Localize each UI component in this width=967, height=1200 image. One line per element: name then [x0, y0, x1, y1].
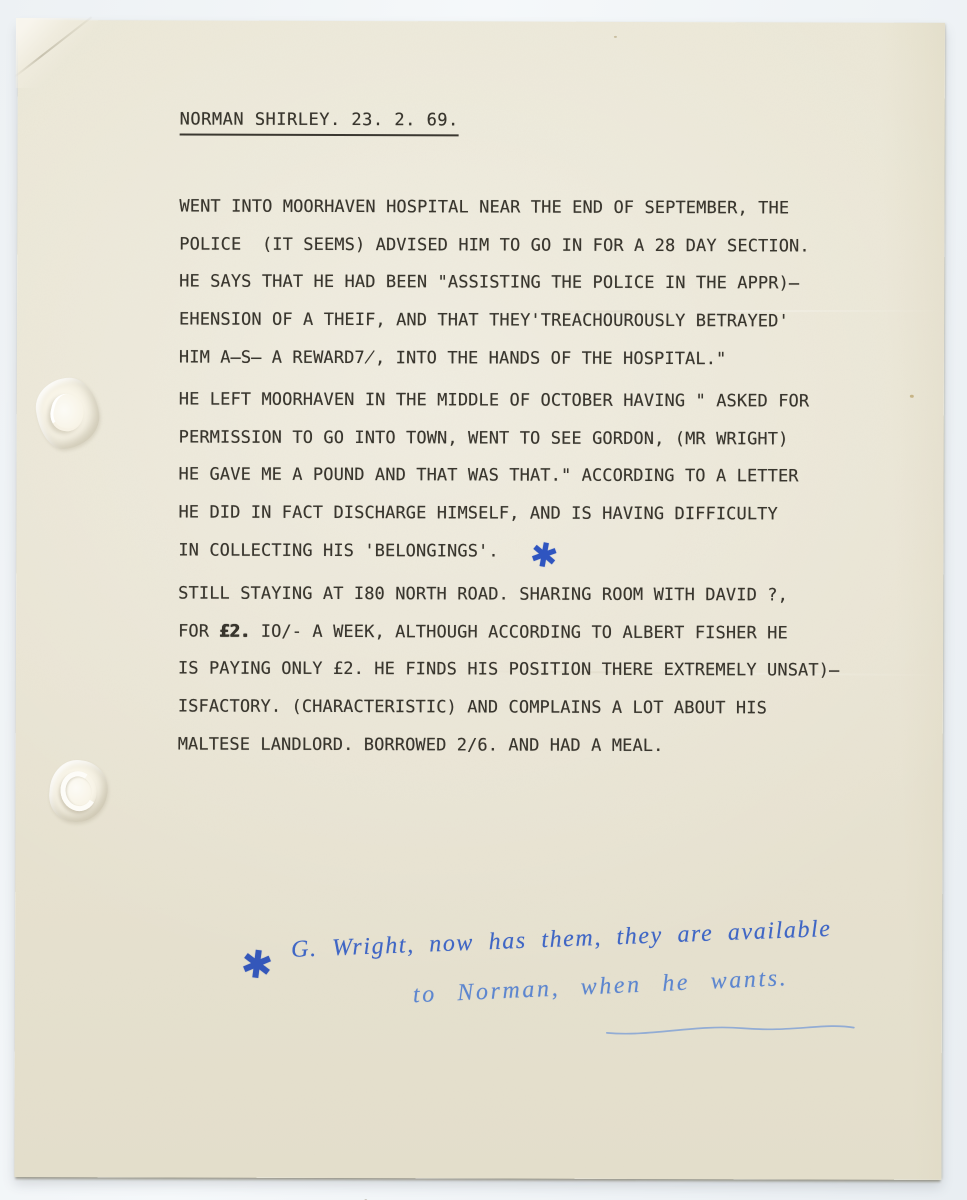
typed-line: EHENSION OF A THEIF, AND THAT THEY'TREAC…: [179, 302, 810, 342]
handwritten-note-line-1: G. Wright, now has them, they are availa…: [291, 916, 832, 964]
document-page: NORMAN SHIRLEY. 23. 2. 69. WENT INTO MOO…: [14, 20, 945, 1180]
typed-paragraph-1: WENT INTO MOORHAVEN HOSPITAL NEAR THE EN…: [179, 189, 810, 379]
paper-damage-spot-bottom: [47, 758, 110, 825]
typed-line: POLICE (IT SEEMS) ADVISED HIM TO GO IN F…: [179, 226, 810, 266]
typed-line: MALTESE LANDLORD. BORROWED 2/6. AND HAD …: [178, 726, 839, 766]
page-corner-fold: [16, 18, 111, 88]
typed-line: HE GAVE ME A POUND AND THAT WAS THAT." A…: [179, 457, 810, 497]
typed-line: HIM A̶S̶ A REWARD7̸, INTO THE HANDS OF T…: [179, 339, 810, 379]
typed-line: HE SAYS THAT HE HAD BEEN "ASSISTING THE …: [179, 264, 810, 304]
handwritten-note-line-2: to Norman, when he wants.: [412, 965, 789, 1009]
typed-line: IS PAYING ONLY £2. HE FINDS HIS POSITION…: [178, 651, 839, 691]
handwritten-note-marker: ✱: [238, 941, 275, 989]
scanner-background: NORMAN SHIRLEY. 23. 2. 69. WENT INTO MOO…: [0, 0, 967, 1200]
typed-line: IN COLLECTING HIS 'BELONGINGS'.: [178, 532, 809, 572]
typed-line: STILL STAYING AT I80 NORTH ROAD. SHARING…: [178, 576, 839, 616]
typed-paragraph-2: HE LEFT MOORHAVEN IN THE MIDDLE OF OCTOB…: [178, 382, 809, 572]
typed-line: PERMISSION TO GO INTO TOWN, WENT TO SEE …: [179, 419, 810, 459]
typed-line: HE DID IN FACT DISCHARGE HIMSELF, AND IS…: [178, 495, 809, 535]
typed-line: WENT INTO MOORHAVEN HOSPITAL NEAR THE EN…: [179, 189, 810, 229]
typed-paragraph-3: STILL STAYING AT I80 NORTH ROAD. SHARING…: [178, 576, 840, 767]
typed-line: FOR £2. IO/- A WEEK, ALTHOUGH ACCORDING …: [178, 613, 839, 653]
paper-damage-spot-top: [32, 374, 104, 453]
typed-line: HE LEFT MOORHAVEN IN THE MIDDLE OF OCTOB…: [179, 382, 810, 422]
typed-line: ISFACTORY. (CHARACTERISTIC) AND COMPLAIN…: [178, 689, 839, 729]
paper-speck: [910, 395, 914, 398]
handwritten-note: ✱ G. Wright, now has them, they are avai…: [18, 20, 945, 23]
document-title: NORMAN SHIRLEY. 23. 2. 69.: [180, 110, 459, 137]
handwritten-underline-flourish: [603, 1016, 859, 1043]
paper-speck: [614, 36, 617, 38]
